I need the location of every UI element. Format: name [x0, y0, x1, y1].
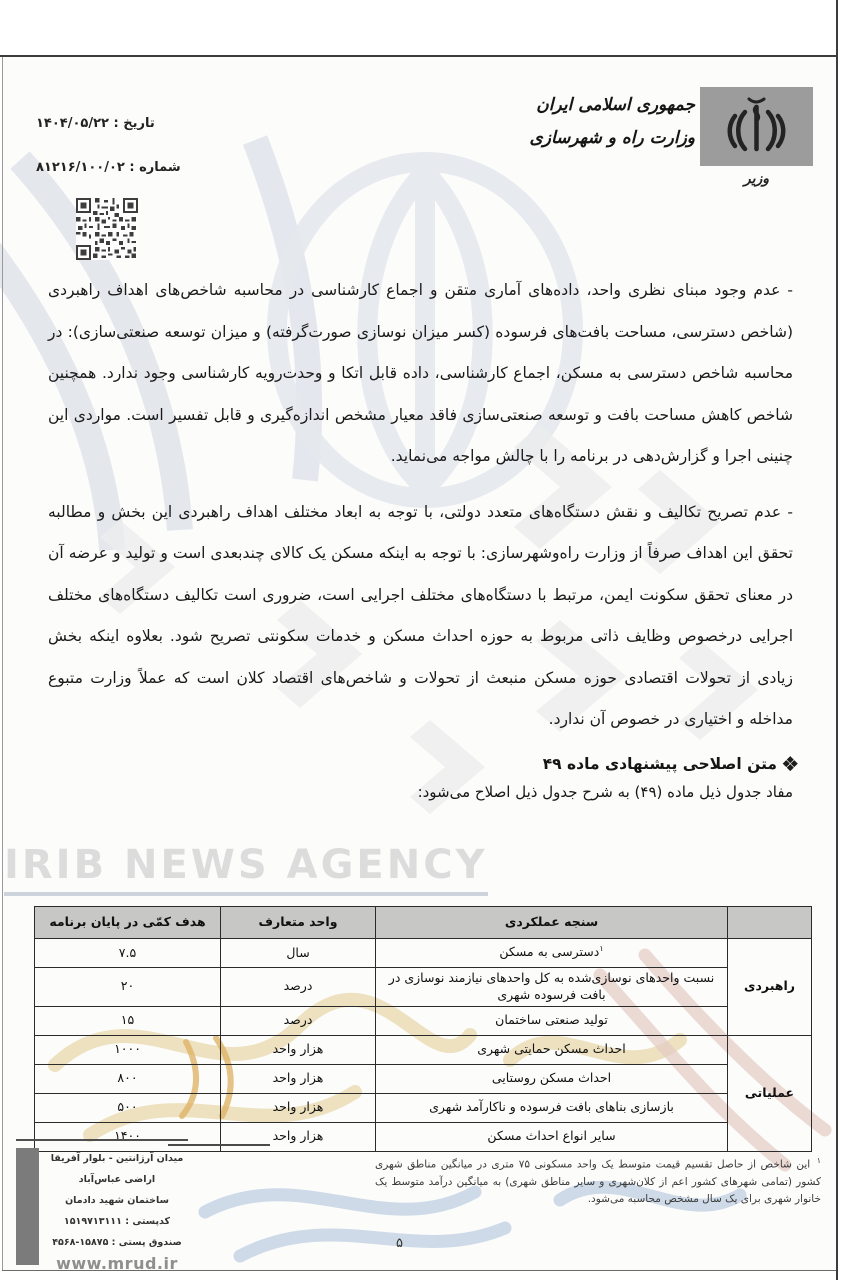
- address-line: صندوق پستی : ۱۵۸۷۵-۴۵۶۸: [46, 1232, 188, 1253]
- unit-cell: سال: [221, 939, 376, 968]
- unit-cell: هزار واحد: [221, 1093, 376, 1122]
- address-line: ساختمان شهید دادمان: [46, 1190, 188, 1211]
- unit-cell: هزار واحد: [221, 1064, 376, 1093]
- target-cell: ۱۰۰۰: [35, 1035, 221, 1064]
- table-row: راهبردی ۱دسترسی به مسکن سال ۷.۵: [35, 939, 812, 968]
- target-cell: ۵۰۰: [35, 1093, 221, 1122]
- unit-cell: هزار واحد: [221, 1035, 376, 1064]
- iran-emblem-icon: [700, 87, 813, 166]
- body-paragraph-2: - عدم تصریح تکالیف و نقش دستگاه‌های متعد…: [48, 492, 793, 741]
- date-value: ۱۴۰۴/۰۵/۲۲: [36, 116, 109, 131]
- target-cell: ۸۰۰: [35, 1064, 221, 1093]
- table-row: عملیاتی احداث مسکن حمایتی شهری هزار واحد…: [35, 1035, 812, 1064]
- measure-cell: بازسازی بناهای بافت فرسوده و ناکارآمد شه…: [376, 1093, 728, 1122]
- header-minister-title: وزیر: [700, 171, 813, 187]
- measure-cell: نسبت واحدهای نوسازی‌شده به کل واحدهای نی…: [376, 968, 728, 1007]
- diamond-bullet-icon: [784, 757, 797, 770]
- measure-cell: تولید صنعتی ساختمان: [376, 1006, 728, 1035]
- letter-number: شماره : ۸۱۲۱۶/۱۰۰/۰۲: [36, 160, 181, 175]
- measure-cell: ۱دسترسی به مسکن: [376, 939, 728, 968]
- table-intro-text: مفاد جدول ذیل ماده (۴۹) به شرح جدول ذیل …: [48, 783, 793, 801]
- header-ministry-title: وزارت راه و شهرسازی: [529, 128, 695, 148]
- page-top-border: [0, 55, 838, 57]
- target-cell: ۲۰: [35, 968, 221, 1007]
- footnote-text: این شاخص از حاصل تقسیم قیمت متوسط یک واح…: [375, 1159, 821, 1205]
- header-country-title: جمهوری اسلامی ایران: [536, 95, 695, 115]
- category-header-cell: [728, 907, 812, 939]
- measure-cell: سایر انواع احداث مسکن: [376, 1122, 728, 1151]
- table-row: نسبت واحدهای نوسازی‌شده به کل واحدهای نی…: [35, 968, 812, 1007]
- target-cell: ۱۵: [35, 1006, 221, 1035]
- letter-body: - عدم وجود مبنای نظری واحد، داده‌های آما…: [32, 270, 811, 904]
- table-row: بازسازی بناهای بافت فرسوده و ناکارآمد شه…: [35, 1093, 812, 1122]
- footnote-marker: ۱: [817, 1156, 821, 1165]
- amendment-heading: متن اصلاحی پیشنهادی ماده ۴۹: [48, 755, 797, 773]
- address-line: کدپستی : ۱۵۱۹۷۱۳۱۱۱: [46, 1211, 188, 1232]
- unit-cell: درصد: [221, 1006, 376, 1035]
- page-right-border: [836, 0, 838, 1280]
- number-value: ۸۱۲۱۶/۱۰۰/۰۲: [36, 160, 125, 175]
- amendment-heading-text: متن اصلاحی پیشنهادی ماده ۴۹: [543, 755, 777, 773]
- target-cell: ۷.۵: [35, 939, 221, 968]
- footnote: ۱ این شاخص از حاصل تقسیم قیمت متوسط یک و…: [375, 1152, 821, 1208]
- table-row: تولید صنعتی ساختمان درصد ۱۵: [35, 1006, 812, 1035]
- date-label: تاریخ :: [114, 116, 155, 131]
- measure-cell: احداث مسکن روستایی: [376, 1064, 728, 1093]
- unit-cell: هزار واحد: [221, 1122, 376, 1151]
- body-paragraph-1: - عدم وجود مبنای نظری واحد، داده‌های آما…: [48, 270, 793, 478]
- table-row: احداث مسکن روستایی هزار واحد ۸۰۰: [35, 1064, 812, 1093]
- unit-cell: درصد: [221, 968, 376, 1007]
- footer-address: میدان آرژانتین - بلوار آفریقا اراضی عباس…: [46, 1148, 188, 1275]
- footnote-marker: ۱: [599, 944, 603, 953]
- qr-code: [76, 198, 138, 260]
- letter-date: تاریخ : ۱۴۰۴/۰۵/۲۲: [36, 116, 155, 131]
- address-line: اراضی عباس‌آباد: [46, 1169, 188, 1190]
- category-operational: عملیاتی: [728, 1035, 812, 1151]
- amendment-table: سنجه عملکردی واحد متعارف هدف کمّی در پای…: [34, 906, 812, 1152]
- unit-header: واحد متعارف: [221, 907, 376, 939]
- target-header: هدف کمّی در پایان برنامه: [35, 907, 221, 939]
- address-line: میدان آرژانتین - بلوار آفریقا: [46, 1148, 188, 1169]
- measure-header: سنجه عملکردی: [376, 907, 728, 939]
- number-label: شماره :: [129, 160, 180, 175]
- measure-cell: احداث مسکن حمایتی شهری: [376, 1035, 728, 1064]
- ministry-website: www.mrud.ir: [46, 1253, 188, 1275]
- letterhead-footer: میدان آرژانتین - بلوار آفریقا اراضی عباس…: [16, 1139, 188, 1275]
- table-header-row: سنجه عملکردی واحد متعارف هدف کمّی در پای…: [35, 907, 812, 939]
- page-number: ۵: [396, 1236, 403, 1251]
- footer-accent-bar: [16, 1148, 39, 1265]
- category-strategic: راهبردی: [728, 939, 812, 1036]
- page-left-border: [2, 57, 3, 1271]
